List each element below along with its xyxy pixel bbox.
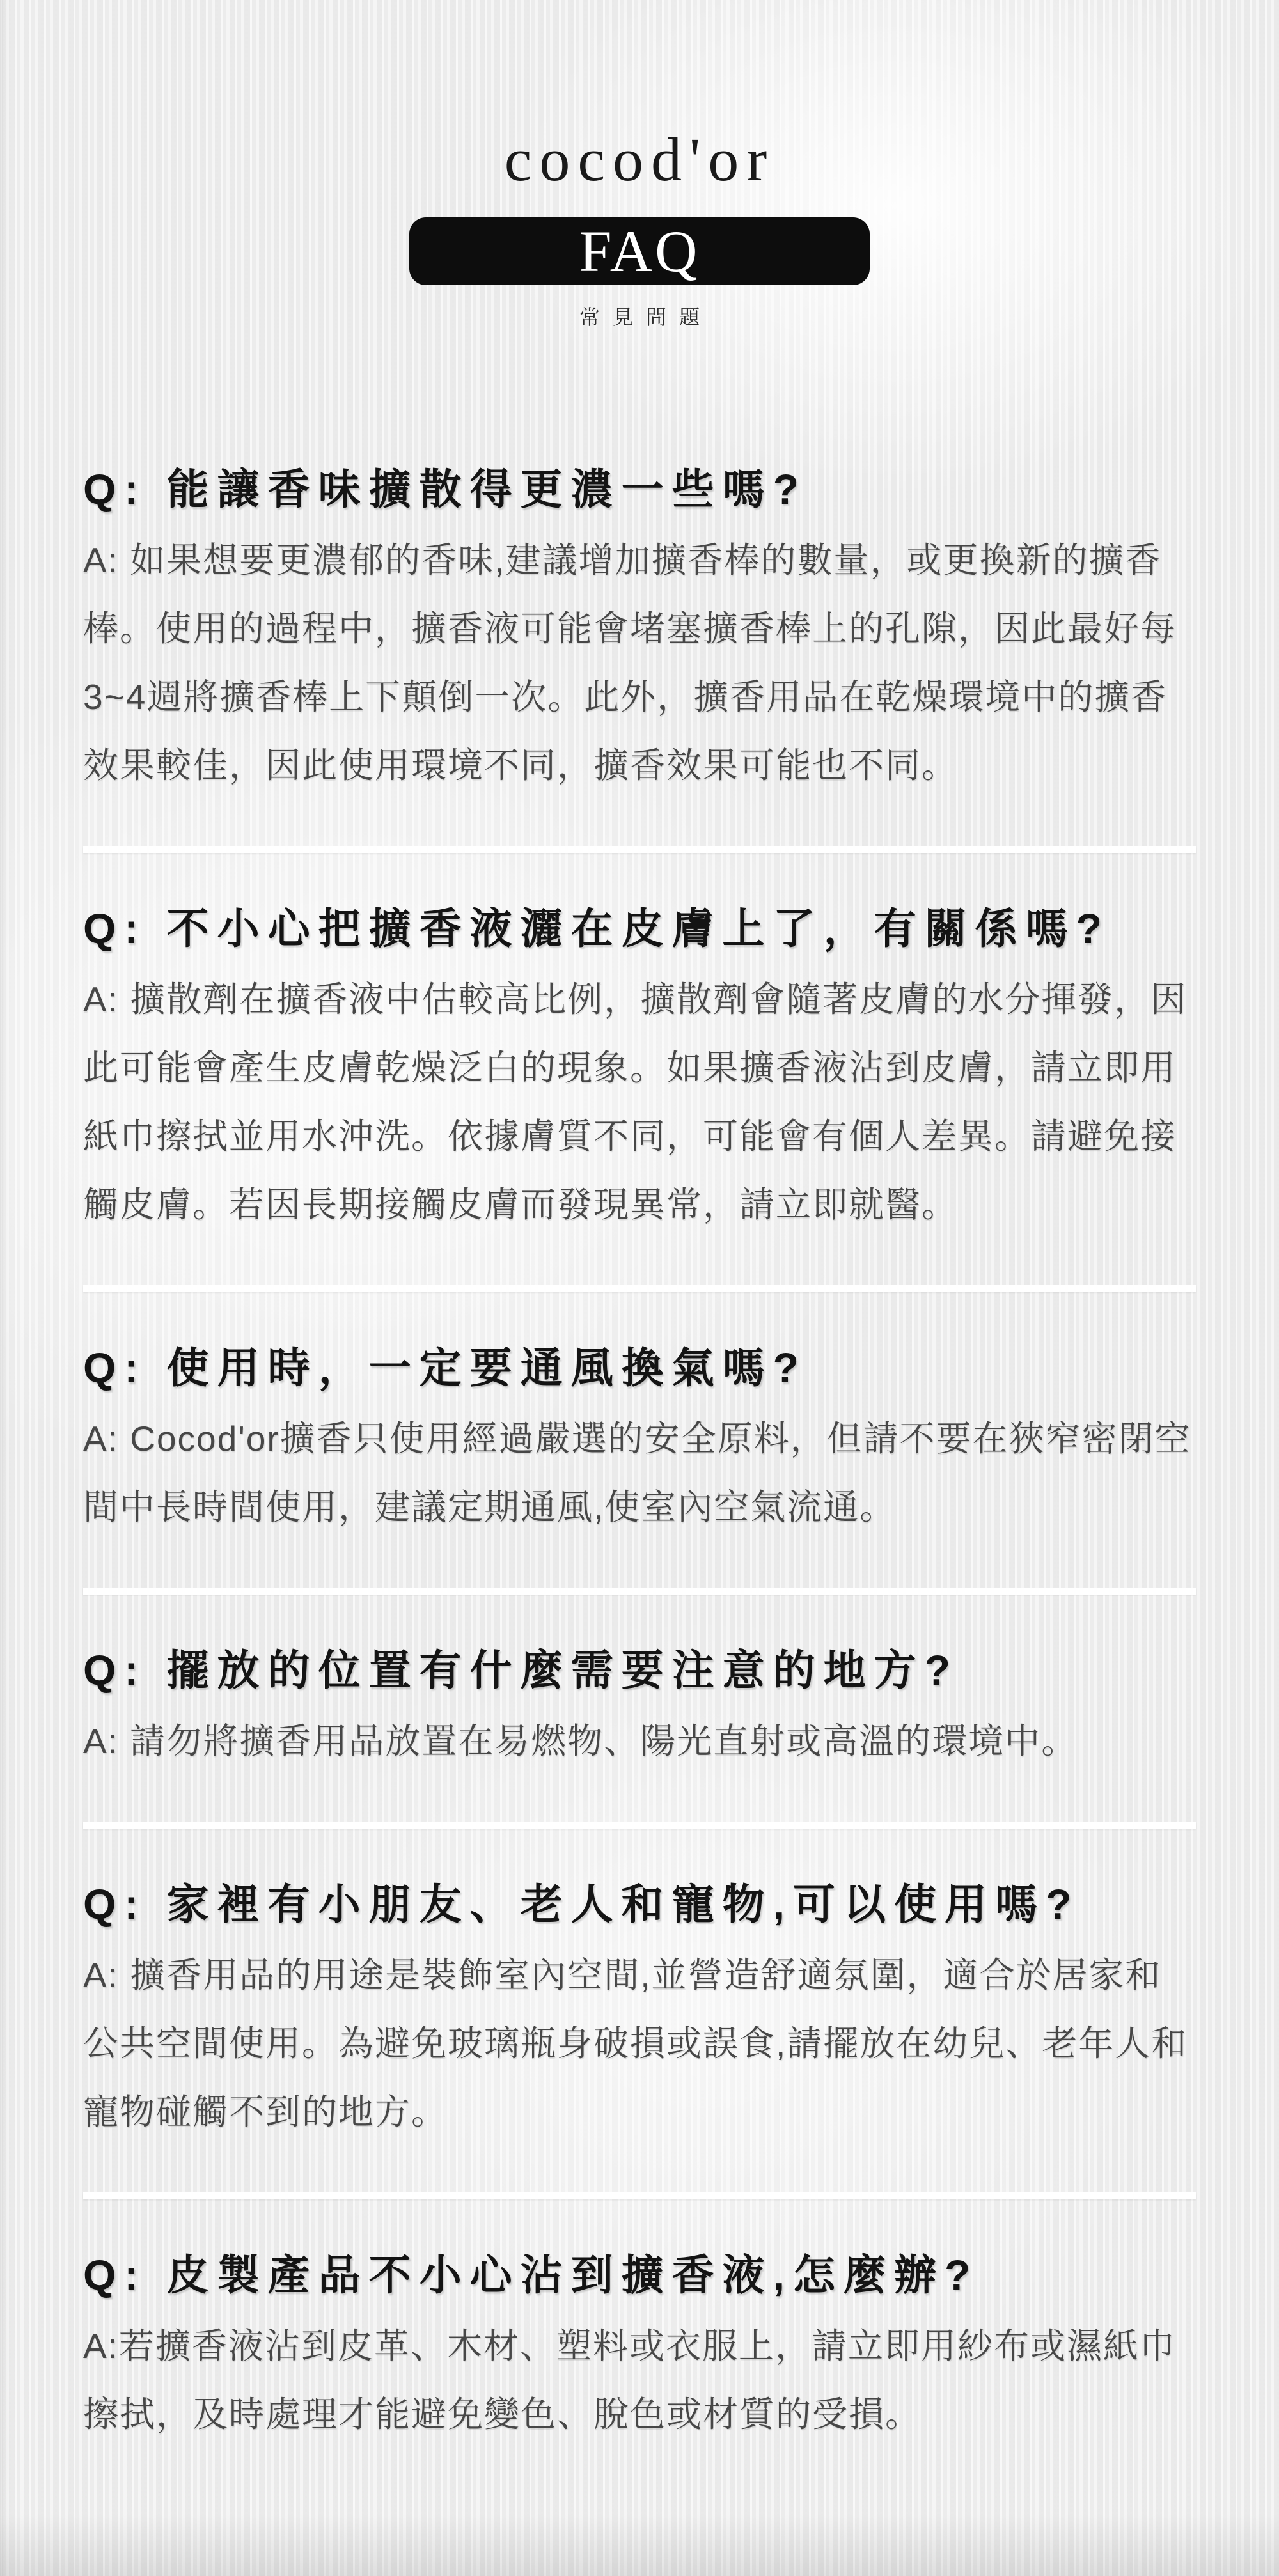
page-header: cocod'or FAQ 常見問題	[0, 0, 1279, 331]
question-text: Q: 使用時，一定要通風換氣嗎?	[83, 1340, 1196, 1395]
faq-item: Q: 家裡有小朋友、老人和寵物,可以使用嗎? A: 擴香用品的用途是裝飾室內空間…	[83, 1829, 1196, 2146]
section-divider	[83, 2192, 1196, 2199]
answer-text: A: 請勿將擴香用品放置在易燃物、陽光直射或高溫的環境中。	[83, 1707, 1196, 1776]
answer-text: A: 如果想要更濃郁的香味,建議增加擴香棒的數量，或更換新的擴香棒。使用的過程中…	[83, 526, 1196, 800]
brand-logo: cocod'or	[0, 129, 1279, 191]
question-text: Q: 擺放的位置有什麼需要注意的地方?	[83, 1643, 1196, 1698]
section-divider	[83, 1822, 1196, 1829]
faq-page: cocod'or FAQ 常見問題 Q: 能讓香味擴散得更濃一些嗎? A: 如果…	[0, 0, 1279, 2576]
question-text: Q: 不小心把擴香液灑在皮膚上了，有關係嗎?	[83, 901, 1196, 956]
question-text: Q: 能讓香味擴散得更濃一些嗎?	[83, 462, 1196, 517]
faq-item: Q: 皮製產品不小心沾到擴香液,怎麼辦? A:若擴香液沾到皮革、木材、塑料或衣服…	[83, 2199, 1196, 2449]
answer-text: A: Cocod'or擴香只使用經過嚴選的安全原料，但請不要在狹窄密閉空間中長時…	[83, 1405, 1196, 1542]
question-text: Q: 家裡有小朋友、老人和寵物,可以使用嗎?	[83, 1877, 1196, 1932]
section-divider	[83, 1588, 1196, 1595]
answer-text: A: 擴散劑在擴香液中估較高比例，擴散劑會隨著皮膚的水分揮發，因此可能會產生皮膚…	[83, 965, 1196, 1239]
section-divider	[83, 1285, 1196, 1292]
faq-item: Q: 擺放的位置有什麼需要注意的地方? A: 請勿將擴香用品放置在易燃物、陽光直…	[83, 1595, 1196, 1776]
faq-item: Q: 使用時，一定要通風換氣嗎? A: Cocod'or擴香只使用經過嚴選的安全…	[83, 1292, 1196, 1542]
faq-item: Q: 能讓香味擴散得更濃一些嗎? A: 如果想要更濃郁的香味,建議增加擴香棒的數…	[83, 331, 1196, 800]
faq-item: Q: 不小心把擴香液灑在皮膚上了，有關係嗎? A: 擴散劑在擴香液中估較高比例，…	[83, 853, 1196, 1239]
section-divider	[83, 846, 1196, 853]
faq-badge: FAQ	[409, 217, 870, 285]
answer-text: A: 擴香用品的用途是裝飾室內空間,並營造舒適氛圍，適合於居家和公共空間使用。為…	[83, 1941, 1196, 2146]
faq-subtitle: 常見問題	[0, 303, 1279, 331]
faq-badge-label: FAQ	[579, 222, 700, 281]
question-text: Q: 皮製產品不小心沾到擴香液,怎麼辦?	[83, 2247, 1196, 2302]
faq-list: Q: 能讓香味擴散得更濃一些嗎? A: 如果想要更濃郁的香味,建議增加擴香棒的數…	[0, 331, 1279, 2449]
answer-text: A:若擴香液沾到皮革、木材、塑料或衣服上，請立即用紗布或濕紙巾擦拭，及時處理才能…	[83, 2312, 1196, 2449]
